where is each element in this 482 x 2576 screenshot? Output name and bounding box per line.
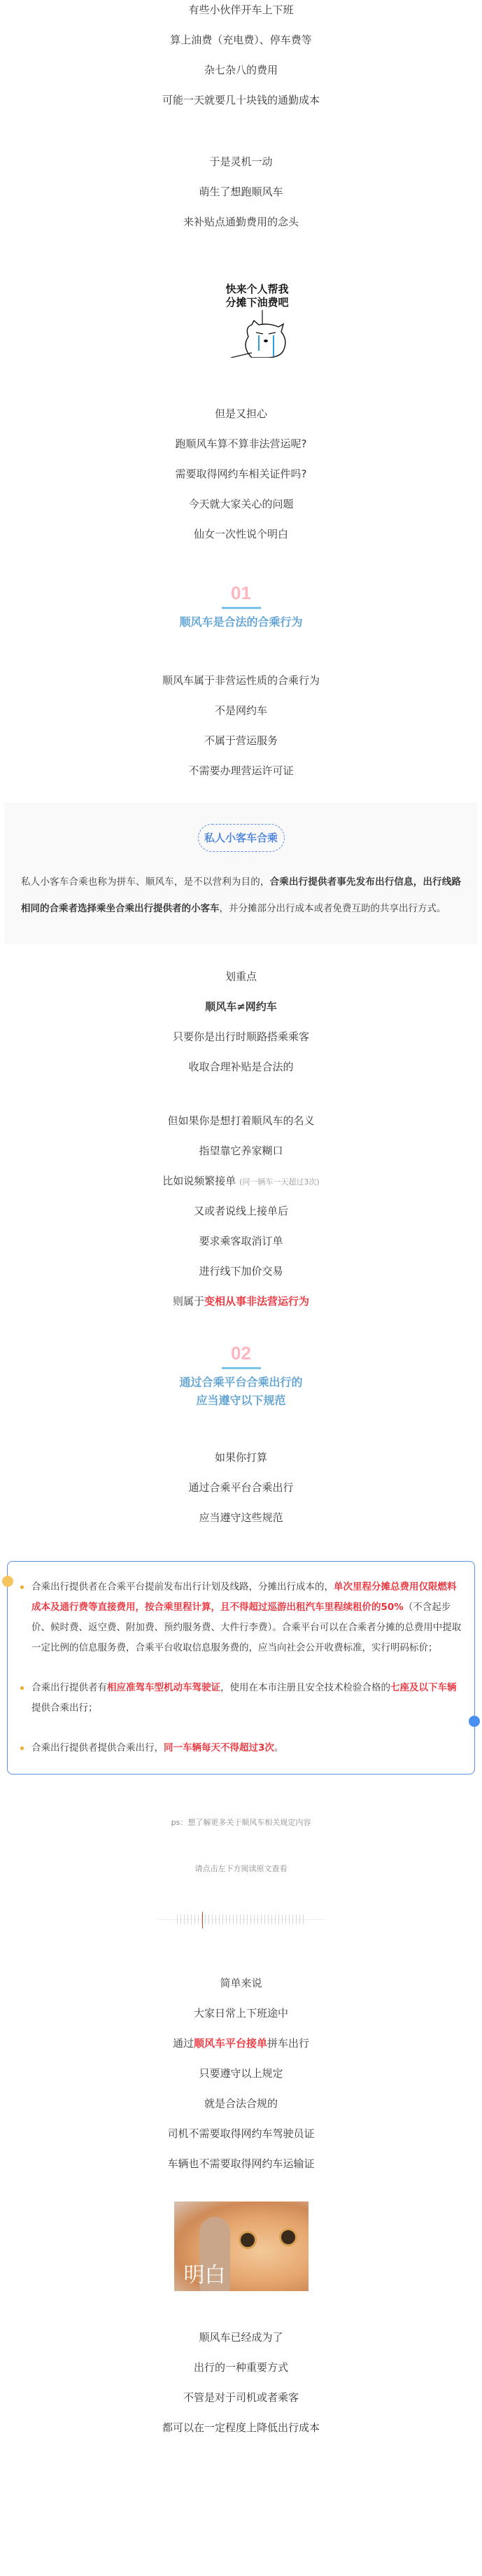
crying-cat-icon	[182, 260, 301, 358]
section-divider	[222, 1367, 261, 1369]
rules-box: 合乘出行提供者在合乘平台提前发布出行计划及线路，分摊出行成本的，单次里程分摊总费…	[7, 1561, 475, 1774]
section-header-1: 01 顺风车是合法的合乘行为	[0, 583, 482, 631]
audio-waveform-divider	[157, 1912, 325, 1928]
article: 有些小伙伴开车上下班 算上油费（充电费）、停车费等 杂七杂八的费用 可能一天就要…	[0, 0, 482, 2442]
worry-line: 但是又担心	[0, 407, 482, 421]
section1-line: 不属于营运服务	[0, 734, 482, 748]
definition-box: 私人小客车合乘 私人小客车合乘也称为拼车、顺风车，是不以营利为目的，合乘出行提供…	[4, 803, 478, 944]
section1-line: 不需要办理营运许可证	[0, 764, 482, 778]
ps-note: ps：想了解更多关于顺风车相关规定内容	[0, 1817, 482, 1828]
key-point-line: 收取合理补贴是合法的	[0, 1060, 482, 1074]
worry-line: 跑顺风车算不算非法营运呢?	[0, 437, 482, 451]
definition-pill-label: 私人小客车合乘	[198, 824, 285, 852]
bullet-icon	[20, 1746, 24, 1750]
ending-line: 不管是对于司机或者乘客	[0, 2390, 482, 2404]
summary-line: 车辆也不需要取得网约车运输证	[0, 2157, 482, 2171]
bullet-icon	[20, 1585, 24, 1589]
summary-line: 就是合法合规的	[0, 2096, 482, 2110]
key-point-line: 只要你是出行时顺路搭乘乘客	[0, 1030, 482, 1044]
section-number: 02	[0, 1343, 482, 1363]
section2-line: 通过合乘平台合乘出行	[0, 1480, 482, 1494]
section-title: 应当遵守以下规范	[0, 1392, 482, 1410]
ending-line: 顺风车已经成为了	[0, 2330, 482, 2344]
section-title: 通过合乘平台合乘出行的	[0, 1373, 482, 1392]
key-point-line: 但如果你是想打着顺风车的名义	[0, 1114, 482, 1128]
ending-line: 出行的一种重要方式	[0, 2360, 482, 2374]
section1-line: 顺风车属于非营运性质的合乘行为	[0, 673, 482, 687]
section1-line: 不是网约车	[0, 703, 482, 717]
intro-line: 可能一天就要几十块钱的通勤成本	[0, 93, 482, 107]
key-point-heading: 划重点	[0, 969, 482, 983]
yellow-dot-decoration	[2, 1576, 13, 1587]
summary-line: 只要遵守以上规定	[0, 2066, 482, 2080]
worry-line: 需要取得网约车相关证件吗?	[0, 467, 482, 481]
rule-item: 合乘出行提供者在合乘平台提前发布出行计划及线路，分摊出行成本的，单次里程分摊总费…	[31, 1577, 462, 1658]
section-header-2: 02 通过合乘平台合乘出行的 应当遵守以下规范	[0, 1343, 482, 1410]
section-number: 01	[0, 583, 482, 603]
ps-note: 请点击左下方阅读原文查看	[0, 1863, 482, 1875]
key-point-line: 指望靠它养家糊口	[0, 1144, 482, 1158]
section-divider	[222, 607, 261, 609]
saluting-cat-photo: 明白	[174, 2201, 309, 2291]
summary-line: 简单来说	[0, 1976, 482, 1990]
intro-line: 算上油费（充电费）、停车费等	[0, 33, 482, 47]
key-point-line: 进行线下加价交易	[0, 1264, 482, 1278]
definition-text: 私人小客车合乘也称为拼车、顺风车，是不以营利为目的，合乘出行提供者事先发布出行信…	[21, 869, 461, 922]
intro-line: 萌生了想跑顺风车	[0, 185, 482, 199]
section2-line: 应当遵守这些规范	[0, 1511, 482, 1525]
key-point-conclusion: 则属于变相从事非法营运行为	[0, 1294, 482, 1308]
key-point-line: 要求乘客取消订单	[0, 1234, 482, 1248]
crying-cat-sticker: 快来个人帮我 分摊下油费吧	[182, 260, 301, 358]
intro-line: 来补贴点通勤费用的念头	[0, 215, 482, 229]
key-point-line: 比如说频繁接单 (同一辆车一天超过3次)	[0, 1174, 482, 1188]
summary-line: 司机不需要取得网约车驾驶员证	[0, 2127, 482, 2141]
ending-line: 都可以在一定程度上降低出行成本	[0, 2421, 482, 2435]
bullet-icon	[20, 1686, 24, 1690]
rule-item: 合乘出行提供者提供合乘出行，同一车辆每天不得超过3次。	[31, 1738, 462, 1758]
key-point-line: 又或者说线上接单后	[0, 1204, 482, 1218]
intro-line: 杂七杂八的费用	[0, 63, 482, 77]
summary-line: 大家日常上下班途中	[0, 2006, 482, 2020]
rule-item: 合乘出行提供者有相应准驾车型机动车驾驶证，使用在本市注册且安全技术检验合格的七座…	[31, 1678, 462, 1718]
waveform-marker	[202, 1912, 203, 1928]
section2-line: 如果你打算	[0, 1450, 482, 1464]
blue-dot-decoration	[469, 1716, 480, 1727]
section-title: 顺风车是合法的合乘行为	[0, 613, 482, 631]
worry-line: 仙女一次性说个明白	[0, 527, 482, 541]
intro-line: 有些小伙伴开车上下班	[0, 3, 482, 17]
summary-line: 通过顺风车平台接单拼车出行	[0, 2036, 482, 2050]
photo-caption: 明白	[184, 2264, 226, 2287]
worry-line: 今天就大家关心的问题	[0, 497, 482, 511]
rules-list: 合乘出行提供者在合乘平台提前发布出行计划及线路，分摊出行成本的，单次里程分摊总费…	[31, 1577, 462, 1758]
intro-line: 于是灵机一动	[0, 155, 482, 169]
key-point-bold: 顺风车≠网约车	[0, 1000, 482, 1014]
